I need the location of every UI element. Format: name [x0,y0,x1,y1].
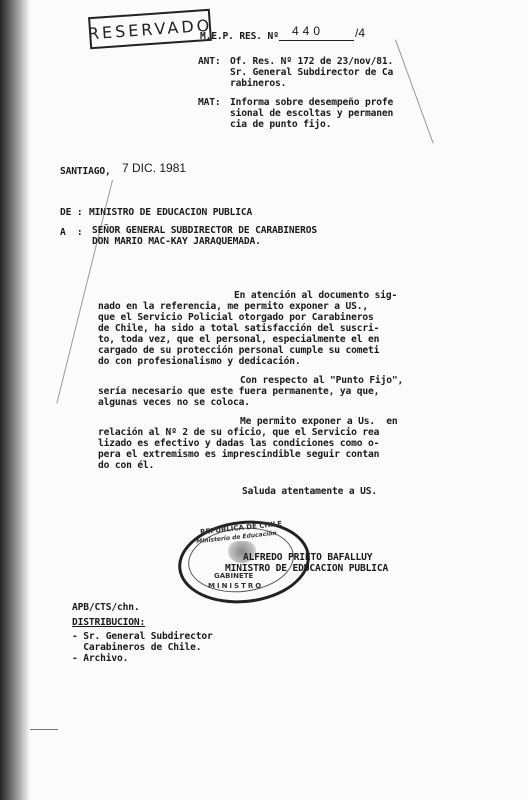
distribution-item: Carabineros de Chile. [72,642,201,653]
mat-line: Informa sobre desempeño profe [230,97,393,108]
closing: Saluda atentamente a US. [242,486,377,497]
distribution-item: - Sr. General Subdirector [72,631,213,642]
body-line: sería necesario que este fuera permanent… [98,386,379,397]
place: SANTIAGO, [60,166,111,177]
body-line: de Chile, ha sido a total satisfacción d… [98,323,379,334]
mat-label: MAT: [198,97,221,108]
body-line: lizado es efectivo y dadas las condicion… [98,438,379,449]
body-line: Con respecto al "Punto Fijo", [240,375,403,386]
distribution-label: DISTRIBUCION: [72,617,145,628]
distribution-item: - Archivo. [72,653,128,664]
reservado-stamp: RESERVADO [88,9,212,49]
mat-line: cia de punto fijo. [230,119,331,130]
seal-bottom-text: MINISTRO [208,582,263,590]
resolution-label: M.E.P. RES. Nº [200,31,279,42]
resolution-underline [279,40,354,41]
document-page: RESERVADO M.E.P. RES. Nº 440 /4 ANT: Of.… [0,0,528,800]
body-line: do con profesionalismo y dedicación. [98,356,301,367]
body-line: cargado de su protección personal cumple… [98,345,379,356]
ant-label: ANT: [198,56,221,67]
body-line: pera el extremismo es imprescindible seg… [98,449,379,460]
mat-line: sional de escoltas y permanen [230,108,393,119]
resolution-suffix: /4 [355,28,365,39]
to-line: SEÑOR GENERAL SUBDIRECTOR DE CARABINEROS [92,225,317,236]
body-line: relación al Nº 2 de su oficio, que el Se… [98,427,379,438]
resolution-number: 440 [292,26,324,37]
body-line: que el Servicio Policial otorgado por Ca… [98,312,374,323]
body-line: do con él. [98,460,154,471]
signatory-title: MINISTRO DE EDUCACION PUBLICA [225,563,388,574]
to-line: DON MARIO MAC-KAY JARAQUEMADA. [92,236,261,247]
body-line: algunas veces no se coloca. [98,397,250,408]
ant-line: rabineros. [230,78,286,89]
scan-scratch [395,40,434,144]
scan-edge-shadow [0,0,30,800]
body-line: to, toda vez, que el personal, especialm… [98,334,379,345]
from-value: MINISTRO DE EDUCACION PUBLICA [89,207,252,218]
body-line: Me permito exponer a Us. en [240,416,398,427]
reference-initials: APB/CTS/chn. [72,602,140,613]
date-stamp: 7 DIC. 1981 [122,163,186,174]
scan-mark [30,729,58,730]
ant-line: Sr. General Subdirector de Ca [230,67,393,78]
from-label: DE : [60,207,83,218]
to-label: A : [60,227,83,238]
signatory-name: ALFREDO PRIETO BAFALLUY [243,552,372,563]
body-line: nado en la referencia, me permito expone… [98,301,368,312]
body-line: En atención al documento sig- [234,290,397,301]
ant-line: Of. Res. Nº 172 de 23/nov/81. [230,56,393,67]
